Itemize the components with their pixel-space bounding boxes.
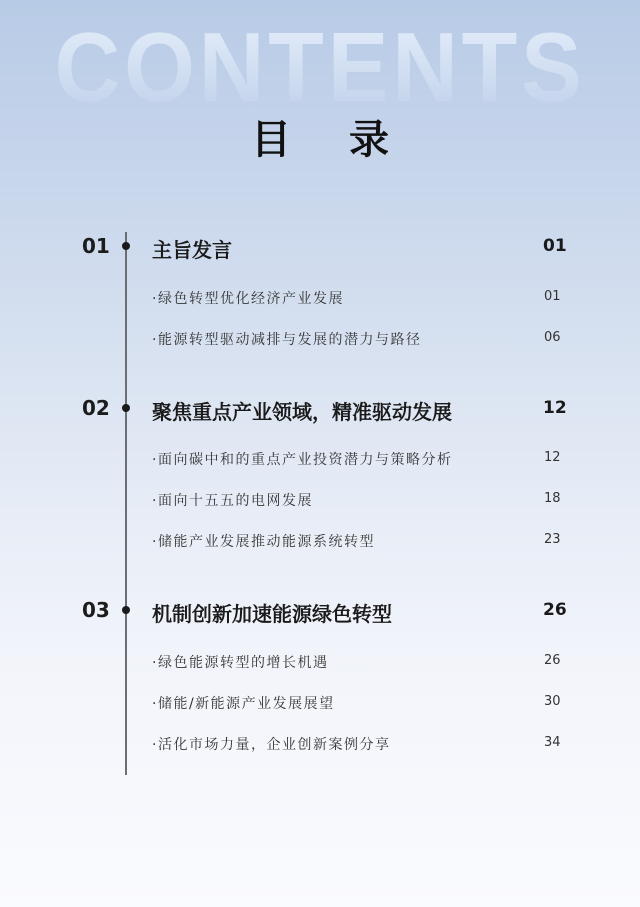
timeline-dot-icon [122,242,130,250]
toc-item[interactable]: ·能源转型驱动减排与发展的潜力与路径 [152,329,421,349]
toc-item[interactable]: ·活化市场力量，企业创新案例分享 [152,734,390,754]
section-title[interactable]: 聚焦重点产业领域，精准驱动发展 [152,396,452,425]
toc-item[interactable]: ·绿色转型优化经济产业发展 [152,288,344,308]
toc-item-page: 18 [544,491,561,506]
section-number: 01 [82,234,110,258]
toc-item-page: 12 [544,450,561,465]
section-page: 12 [543,398,567,418]
toc-item[interactable]: ·储能/新能源产业发展展望 [152,693,335,713]
timeline-line [125,232,127,775]
page-title: 目录 [0,108,640,165]
toc-item[interactable]: ·面向碳中和的重点产业投资潜力与策略分析 [152,449,452,469]
timeline-dot-icon [122,606,130,614]
toc-item-page: 01 [544,289,561,304]
section-page: 01 [543,236,567,256]
contents-watermark: CONTENTS [22,18,617,116]
toc-item-page: 06 [544,330,561,345]
toc-item-page: 23 [544,532,561,547]
toc-item-page: 34 [544,735,561,750]
toc-item[interactable]: ·储能产业发展推动能源系统转型 [152,531,375,551]
toc-item-page: 26 [544,653,561,668]
timeline-dot-icon [122,404,130,412]
toc-item[interactable]: ·绿色能源转型的增长机遇 [152,652,328,672]
section-title[interactable]: 主旨发言 [152,234,232,263]
toc-item[interactable]: ·面向十五五的电网发展 [152,490,313,510]
section-page: 26 [543,600,567,620]
section-number: 03 [82,598,110,622]
section-number: 02 [82,396,110,420]
toc-item-page: 30 [544,694,561,709]
section-title[interactable]: 机制创新加速能源绿色转型 [152,598,392,627]
